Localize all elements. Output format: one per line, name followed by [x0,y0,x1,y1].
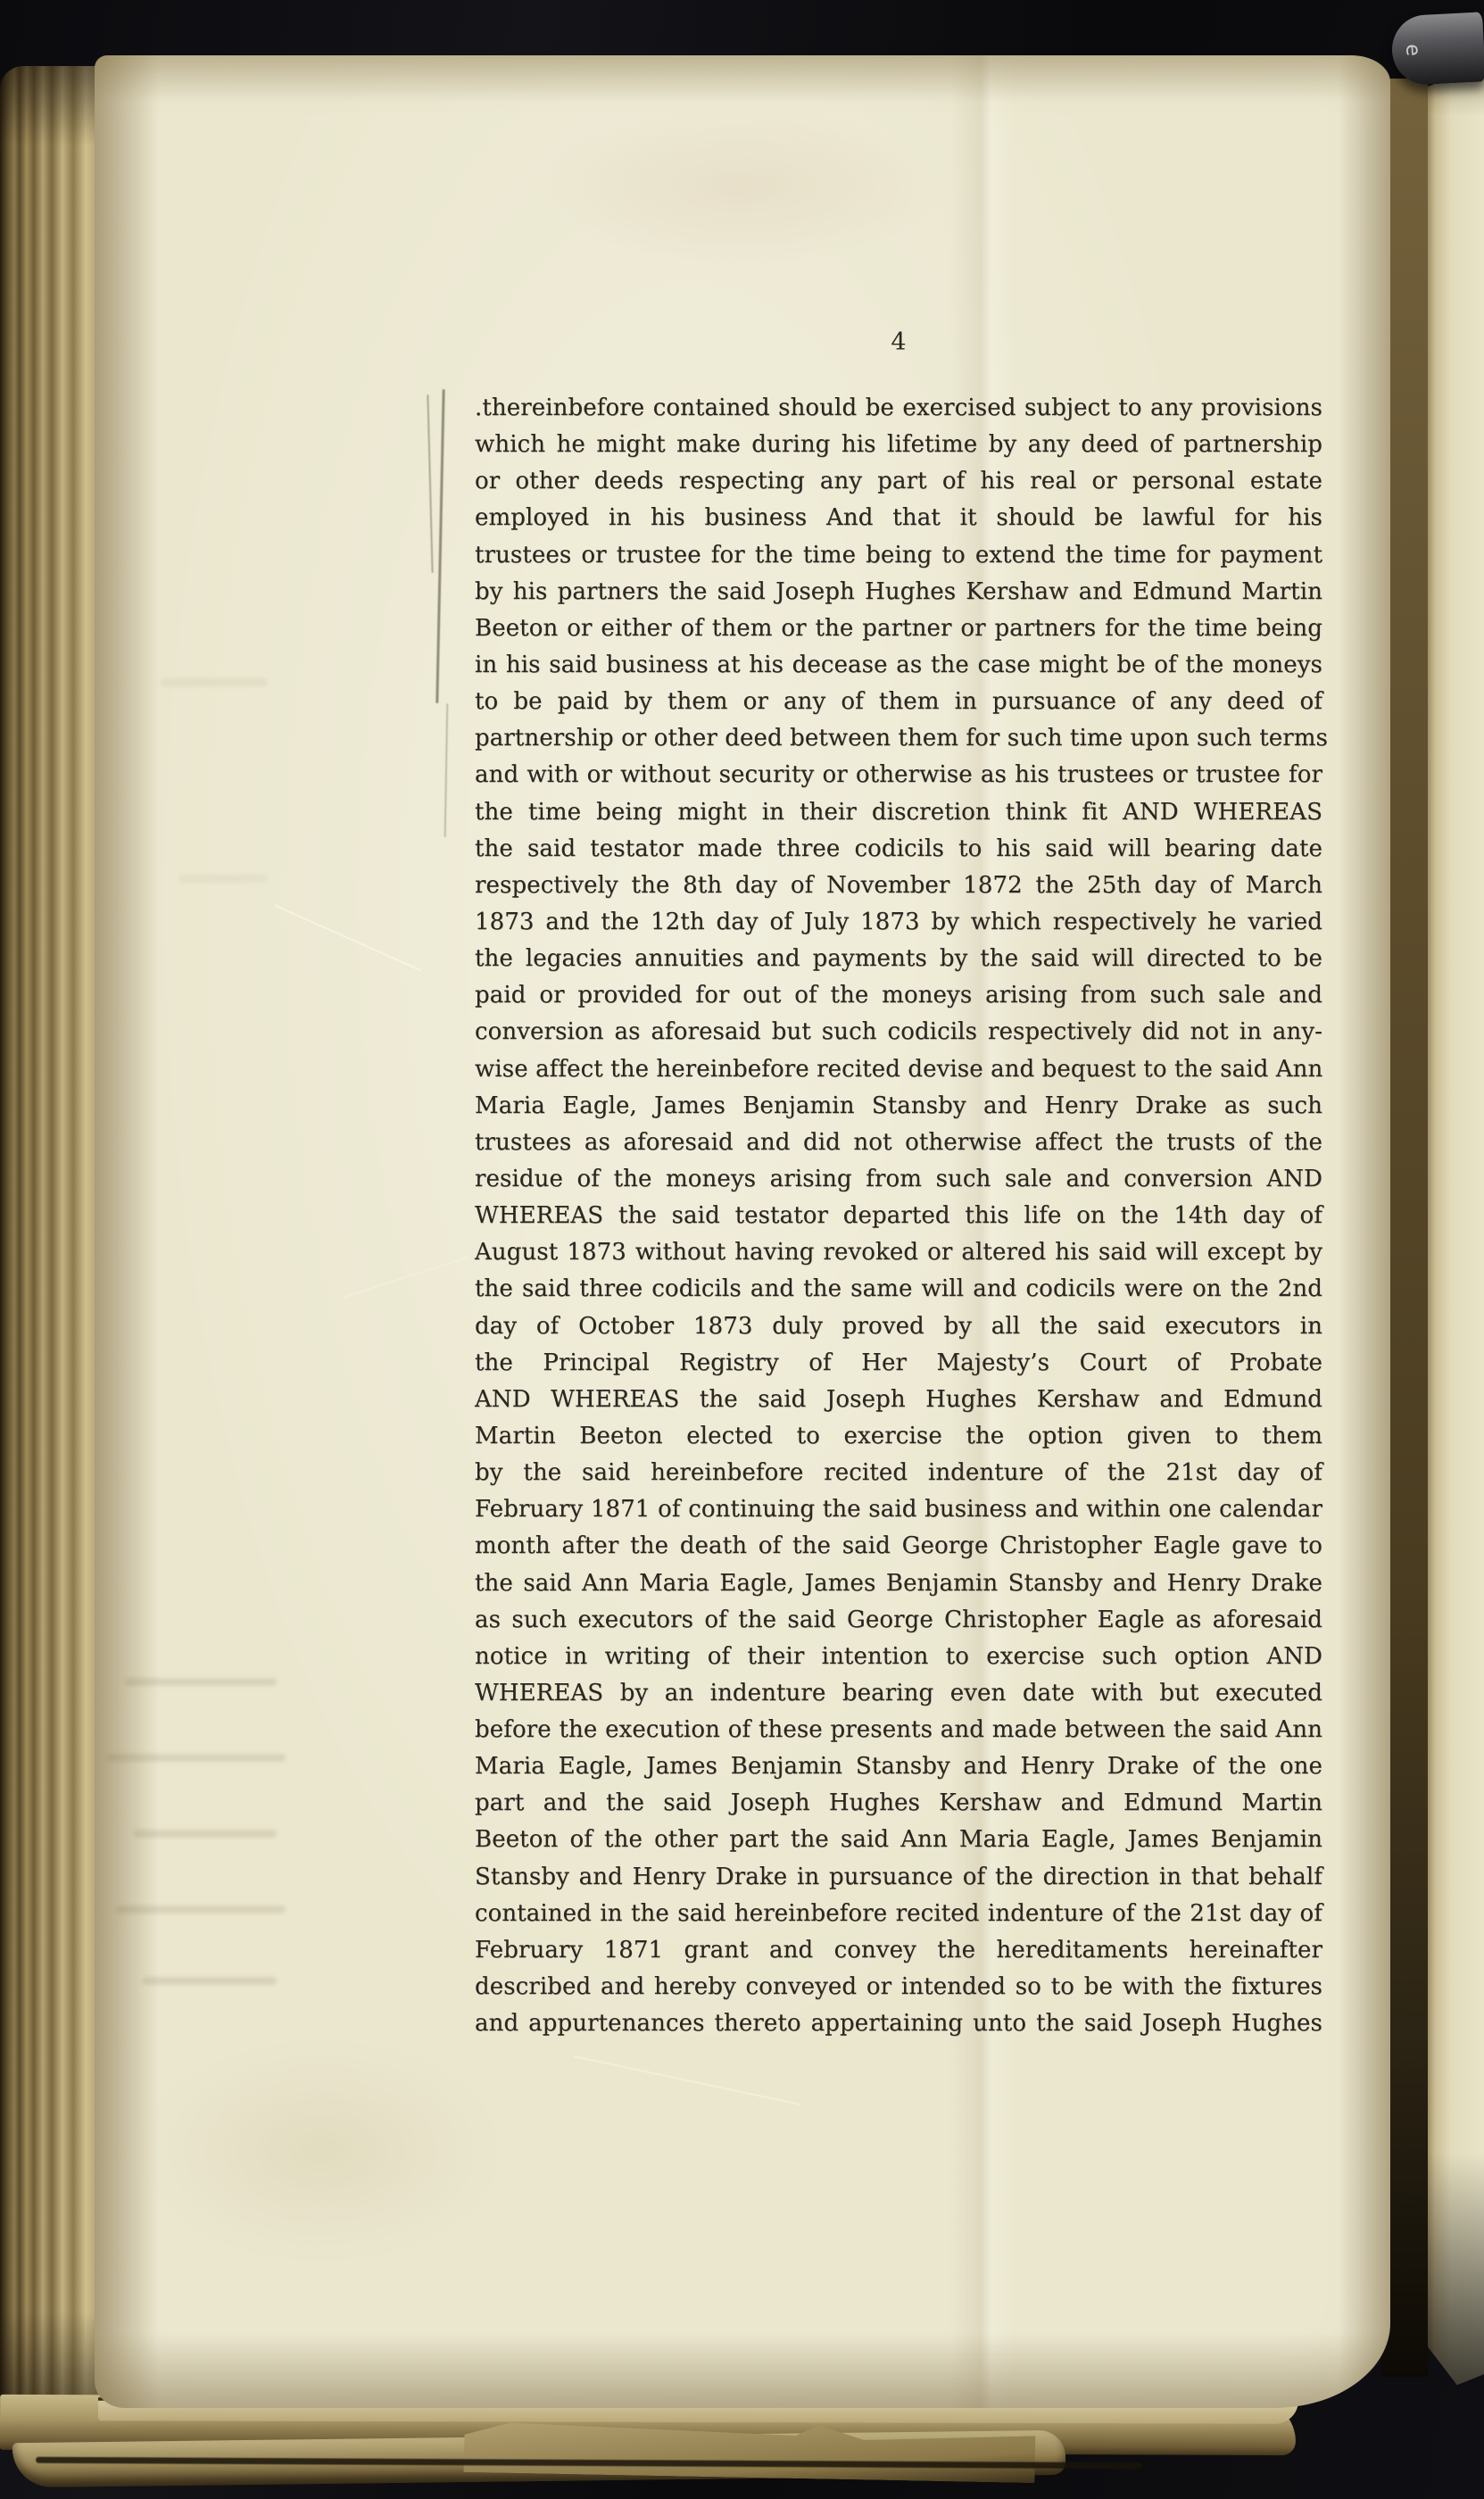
paper-stain [535,107,946,268]
text-line: partnership or other deed between them f… [475,720,1322,757]
text-line: notice in writing of their intention to … [475,1639,1322,1675]
text-line: WHEREAS the said testator departed this … [475,1198,1322,1234]
text-line: the said Ann Maria Eagle, James Benjamin… [475,1565,1322,1602]
text-line: month after the death of the said George… [475,1528,1322,1565]
text-line: before the execution of these presents a… [475,1712,1322,1748]
text-line: and appurtenances thereto appertaining u… [475,2005,1322,2042]
text-line: day of October 1873 duly proved by all t… [475,1308,1322,1345]
text-line: February 1871 of continuing the said bus… [475,1491,1322,1528]
show-through-mark [125,1678,277,1686]
text-line: wise affect the hereinbefore recited dev… [475,1051,1322,1088]
text-line: part and the said Joseph Hughes Kershaw … [475,1785,1322,1822]
text-line: Beeton of the other part the said Ann Ma… [475,1822,1322,1858]
clamp-marking: e [1401,44,1424,57]
text-line: trustees as aforesaid and did not otherw… [475,1125,1322,1161]
text-line: the said three codicils and the same wil… [475,1271,1322,1308]
show-through-mark [143,1977,277,1985]
text-line: in his said business at his decease as t… [475,647,1322,684]
show-through-mark [161,678,268,686]
page-clamp: e [1390,12,1484,86]
text-line: and with or without security or otherwis… [475,757,1322,793]
text-line: 1873 and the 12th day of July 1873 by wh… [475,904,1322,941]
text-line: to be paid by them or any of them in pur… [475,684,1322,720]
text-line: the Principal Registry of Her Majesty’s … [475,1345,1322,1382]
text-line: employed in his business And that it sho… [475,500,1322,536]
show-through-mark [134,1830,277,1838]
text-line: AND WHEREAS the said Joseph Hughes Kersh… [475,1382,1322,1418]
text-line: respectively the 8th day of November 187… [475,868,1322,904]
text-line: February 1871 grant and convey the hered… [475,1932,1322,1969]
adjacent-page-edge [1424,62,1484,2385]
show-through-mark [107,1754,286,1762]
text-line: the time being might in their discretion… [475,794,1322,831]
text-line: the legacies annuities and payments by t… [475,941,1322,977]
text-line: by the said hereinbefore recited indentu… [475,1455,1322,1491]
text-line: contained in the said hereinbefore recit… [475,1896,1322,1932]
left-page-edges [0,66,105,2419]
body-text: .thereinbefore contained should be exerc… [475,390,1322,2042]
text-line: conversion as aforesaid but such codicil… [475,1014,1322,1050]
text-line: .thereinbefore contained should be exerc… [475,390,1322,427]
show-through-mark [178,875,268,883]
text-line: Maria Eagle, James Benjamin Stansby and … [475,1088,1322,1125]
text-line: Stansby and Henry Drake in pursuance of … [475,1859,1322,1896]
text-line: WHEREAS by an indenture bearing even dat… [475,1675,1322,1712]
text-line: Martin Beeton elected to exercise the op… [475,1418,1322,1455]
text-line: residue of the moneys arising from such … [475,1161,1322,1198]
text-line: by his partners the said Joseph Hughes K… [475,574,1322,610]
text-line: trustees or trustee for the time being t… [475,537,1322,574]
text-line: August 1873 without having revoked or al… [475,1234,1322,1271]
show-through-mark [116,1905,286,1914]
text-line: Maria Eagle, James Benjamin Stansby and … [475,1748,1322,1785]
text-line: Beeton or either of them or the partner … [475,610,1322,647]
text-line: or other deeds respecting any part of hi… [475,463,1322,500]
page-number: 4 [475,328,1322,356]
text-line: described and hereby conveyed or intende… [475,1969,1322,2005]
text-line: paid or provided for out of the moneys a… [475,977,1322,1014]
text-line: which he might make during his lifetime … [475,427,1322,463]
text-line: as such executors of the said George Chr… [475,1602,1322,1639]
text-line: the said testator made three codicils to… [475,831,1322,868]
paper-stain [134,2035,509,2267]
book-scan: e 4 .thereinbefore contained should be e… [0,0,1484,2499]
